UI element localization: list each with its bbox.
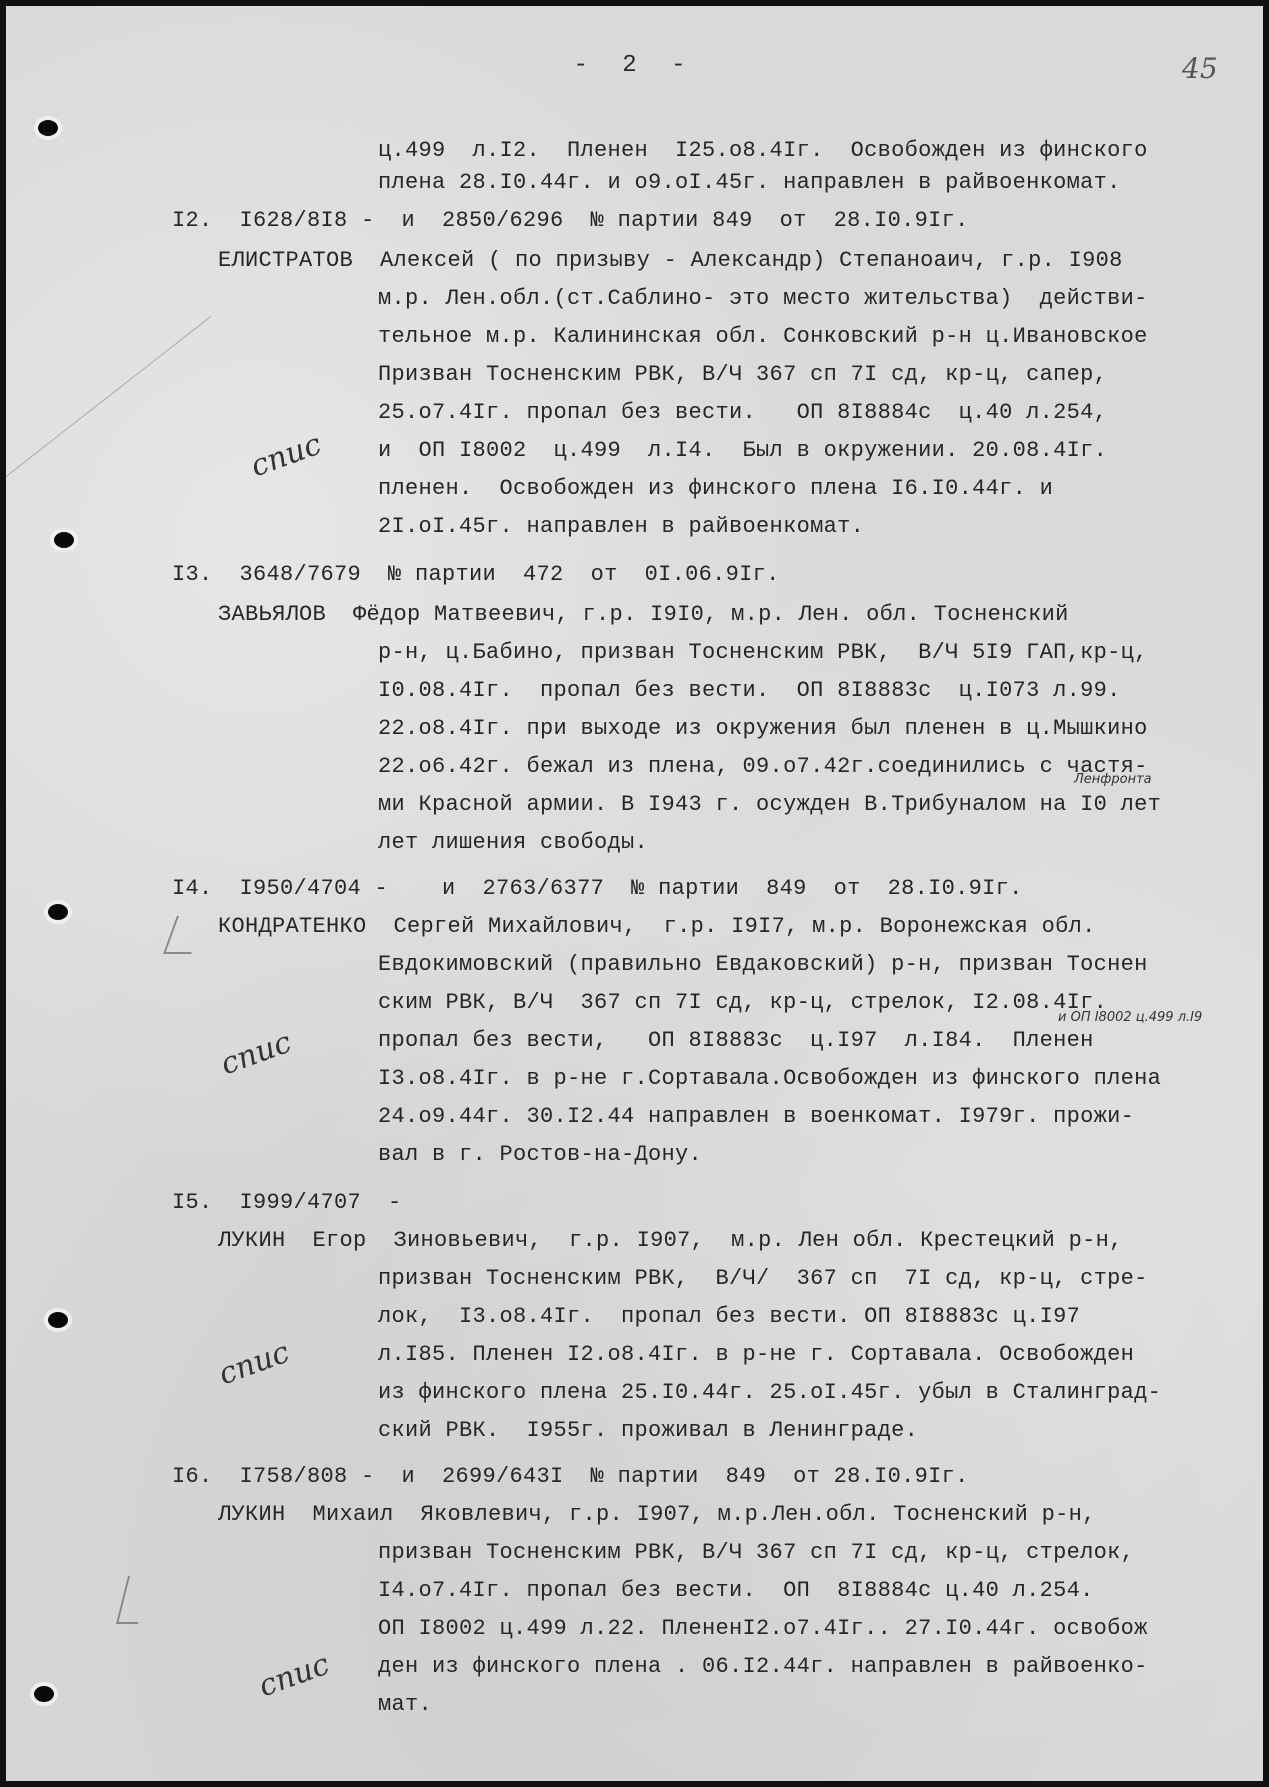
entry-name: КОНДРАТЕНКО Сергей Михайлович, г.р. I9I7… — [218, 916, 1096, 938]
entry-line: пропал без вести, ОП 8I8883с ц.I97 л.I84… — [378, 1030, 1094, 1052]
entry-line: 24.о9.44г. 30.I2.44 направлен в военкома… — [378, 1106, 1134, 1128]
entry-line: Евдокимовский (правильно Евдаковский) р-… — [378, 954, 1148, 976]
entry-line: пленен. Освобожден из финского плена I6.… — [378, 478, 1053, 500]
entry-line: 22.о6.42г. бежал из плена, 09.о7.42г.сое… — [378, 756, 1148, 778]
entry-line: ми Красной армии. В I943 г. осужден В.Тр… — [378, 794, 1161, 816]
fold-line — [6, 316, 211, 477]
entry-header: I3. 3648/7679 № партии 472 от 0I.06.9Iг. — [172, 564, 780, 586]
margin-signature: спис — [214, 1335, 294, 1393]
punch-hole — [34, 1686, 54, 1702]
entry-header: I2. I628/8I8 - и 2850/6296 № партии 849 … — [172, 210, 969, 232]
entry-line: I4.о7.4Iг. пропал без вести. ОП 8I8884с … — [378, 1580, 1094, 1602]
entry-line: л.I85. Пленен I2.о8.4Iг. в р-не г. Сорта… — [378, 1344, 1134, 1366]
entry-header: I6. I758/808 - и 2699/643I № партии 849 … — [172, 1466, 969, 1488]
entry-line: I3.о8.4Iг. в р-не г.Сортавала.Освобожден… — [378, 1068, 1161, 1090]
entry-line: лет лишения свободы. — [378, 832, 648, 854]
handwritten-insert: и ОП I8002 ц.499 л.I9 — [1058, 1010, 1202, 1025]
entry-line: из финского плена 25.I0.44г. 25.оI.45г. … — [378, 1382, 1161, 1404]
punch-hole — [38, 120, 58, 136]
entry-header: I4. I950/4704 - и 2763/6377 № партии 849… — [172, 878, 1023, 900]
continuation-line: плена 28.I0.44г. и о9.оI.45г. направлен … — [378, 172, 1121, 194]
entry-line: призван Тосненским РВК, В/Ч 367 сп 7I сд… — [378, 1542, 1134, 1564]
page-number: - 2 - — [6, 52, 1263, 79]
entry-line: и ОП I8002 ц.499 л.I4. Был в окружении. … — [378, 440, 1107, 462]
checkmark-icon — [116, 1576, 150, 1624]
margin-signature: спис — [246, 427, 326, 485]
entry-line: 22.о8.4Iг. при выходе из окружения был п… — [378, 718, 1148, 740]
entry-line: тельное м.р. Калининская обл. Сонковский… — [378, 326, 1148, 348]
entry-line: призван Тосненским РВК, В/Ч/ 367 сп 7I с… — [378, 1268, 1148, 1290]
entry-line: ден из финского плена . 06.I2.44г. напра… — [378, 1656, 1148, 1678]
entry-line: лок, I3.о8.4Iг. пропал без вести. ОП 8I8… — [378, 1306, 1080, 1328]
handwritten-insert: Ленфронта — [1074, 772, 1152, 787]
entry-name: ЛУКИН Михаил Яковлевич, г.р. I907, м.р.Л… — [218, 1504, 1096, 1526]
entry-line: I0.08.4Iг. пропал без вести. ОП 8I8883с … — [378, 680, 1121, 702]
entry-name: ЗАВЬЯЛОВ Фёдор Матвеевич, г.р. I9I0, м.р… — [218, 604, 1069, 626]
entry-line: р-н, ц.Бабино, призван Тосненским РВК, В… — [378, 642, 1148, 664]
entry-line: м.р. Лен.обл.(ст.Саблино- это место жите… — [378, 288, 1148, 310]
punch-hole — [54, 532, 74, 548]
entry-name: ЕЛИСТРАТОВ Алексей ( по призыву - Алекса… — [218, 250, 1123, 272]
archive-number: 45 — [1182, 52, 1218, 85]
entry-header: I5. I999/4707 - — [172, 1192, 402, 1214]
margin-signature: спис — [216, 1025, 296, 1083]
entry-line: ОП I8002 ц.499 л.22. ПлененI2.о7.4Iг.. 2… — [378, 1618, 1148, 1640]
continuation-line: ц.499 л.I2. Пленен I25.о8.4Iг. Освобожде… — [378, 140, 1148, 162]
entry-line: мат. — [378, 1694, 432, 1716]
punch-hole — [48, 1312, 68, 1328]
punch-hole — [48, 904, 68, 920]
entry-name: ЛУКИН Егор Зиновьевич, г.р. I907, м.р. Л… — [218, 1230, 1123, 1252]
entry-line: вал в г. Ростов-на-Дону. — [378, 1144, 702, 1166]
entry-line: ский РВК. I955г. проживал в Ленинграде. — [378, 1420, 918, 1442]
margin-signature: спис — [254, 1647, 334, 1705]
entry-line: ским РВК, В/Ч 367 сп 7I сд, кр-ц, стрело… — [378, 992, 1107, 1014]
checkmark-icon — [163, 916, 205, 954]
document-page: - 2 - 45 ц.499 л.I2. Пленен I25.о8.4Iг. … — [6, 6, 1263, 1781]
entry-line: 2I.оI.45г. направлен в райвоенкомат. — [378, 516, 864, 538]
entry-line: 25.о7.4Iг. пропал без вести. ОП 8I8884с … — [378, 402, 1107, 424]
entry-line: Призван Тосненским РВК, В/Ч 367 сп 7I сд… — [378, 364, 1107, 386]
